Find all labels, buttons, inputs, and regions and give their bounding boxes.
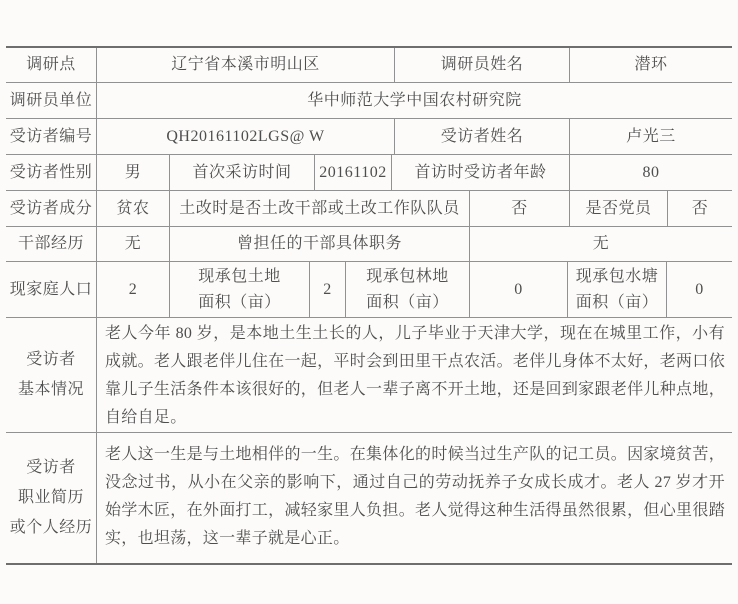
row-cadre: 干部经历 无 曾担任的干部具体职务 无 xyxy=(6,227,732,262)
first-visit-date: 20161102 xyxy=(315,155,392,190)
row-basic-info: 受访者 基本情况 老人今年 80 岁，是本地土生土长的人，儿子毕业于天津大学，现… xyxy=(6,318,732,433)
scanned-page: { "page": { "background": "#fcfbf9", "te… xyxy=(0,0,738,604)
age-label: 首访时受访者年龄 xyxy=(392,155,570,190)
age-value: 80 xyxy=(570,155,732,190)
composition-value: 贫农 xyxy=(97,191,170,226)
row-survey-point: 调研点 辽宁省本溪市明山区 调研员姓名 潜环 xyxy=(6,48,732,83)
respondent-id-label: 受访者编号 xyxy=(6,119,97,154)
farmland-area-value: 2 xyxy=(310,262,346,317)
first-visit-label: 首次采访时间 xyxy=(170,155,315,190)
survey-info-table: 调研点 辽宁省本溪市明山区 调研员姓名 潜环 调研员单位 华中师范大学中国农村研… xyxy=(6,46,732,565)
land-reform-label: 土改时是否土改干部或土改工作队队员 xyxy=(170,191,470,226)
cadre-position-answer: 无 xyxy=(470,227,732,261)
respondent-name-value: 卢光三 xyxy=(570,119,732,154)
respondent-id-value: QH20161102LGS@ W xyxy=(97,119,395,154)
forest-area-value: 0 xyxy=(470,262,568,317)
row-career: 受访者 职业简历 或个人经历 老人这一生是与土地相伴的一生。在集体化的时候当过生… xyxy=(6,433,732,563)
basic-info-text: 老人今年 80 岁，是本地土生土长的人，儿子毕业于天津大学，现在在城里工作，小有… xyxy=(97,318,732,432)
survey-point-value: 辽宁省本溪市明山区 xyxy=(97,48,395,82)
surveyor-unit-value: 华中师范大学中国农村研究院 xyxy=(97,83,732,118)
survey-point-label: 调研点 xyxy=(6,48,97,82)
row-composition: 受访者成分 贫农 土改时是否土改干部或土改工作队队员 否 是否党员 否 xyxy=(6,191,732,227)
farmland-area-label: 现承包土地 面积（亩） xyxy=(170,262,310,317)
party-member-answer: 否 xyxy=(668,191,732,226)
surveyor-name-value: 潜环 xyxy=(570,48,732,82)
pond-area-label: 现承包水塘 面积（亩） xyxy=(568,262,667,317)
surveyor-name-label: 调研员姓名 xyxy=(395,48,570,82)
career-label: 受访者 职业简历 或个人经历 xyxy=(6,433,97,563)
row-surveyor-unit: 调研员单位 华中师范大学中国农村研究院 xyxy=(6,83,732,119)
career-text: 老人这一生是与土地相伴的一生。在集体化的时候当过生产队的记工员。因家境贫苦，没念… xyxy=(97,433,732,563)
land-reform-answer: 否 xyxy=(470,191,570,226)
surveyor-unit-label: 调研员单位 xyxy=(6,83,97,118)
gender-value: 男 xyxy=(97,155,170,190)
row-family: 现家庭人口 2 现承包土地 面积（亩） 2 现承包林地 面积（亩） 0 现承包水… xyxy=(6,262,732,318)
pond-area-value: 0 xyxy=(667,262,732,317)
row-respondent-id: 受访者编号 QH20161102LGS@ W 受访者姓名 卢光三 xyxy=(6,119,732,155)
gender-label: 受访者性别 xyxy=(6,155,97,190)
cadre-position-label: 曾担任的干部具体职务 xyxy=(170,227,470,261)
composition-label: 受访者成分 xyxy=(6,191,97,226)
forest-area-label: 现承包林地 面积（亩） xyxy=(346,262,470,317)
cadre-value: 无 xyxy=(97,227,170,261)
party-member-label: 是否党员 xyxy=(570,191,668,226)
respondent-name-label: 受访者姓名 xyxy=(395,119,570,154)
cadre-label: 干部经历 xyxy=(6,227,97,261)
row-gender: 受访者性别 男 首次采访时间 20161102 首访时受访者年龄 80 xyxy=(6,155,732,191)
family-population-value: 2 xyxy=(97,262,170,317)
family-population-label: 现家庭人口 xyxy=(6,262,97,317)
basic-info-label: 受访者 基本情况 xyxy=(6,318,97,432)
